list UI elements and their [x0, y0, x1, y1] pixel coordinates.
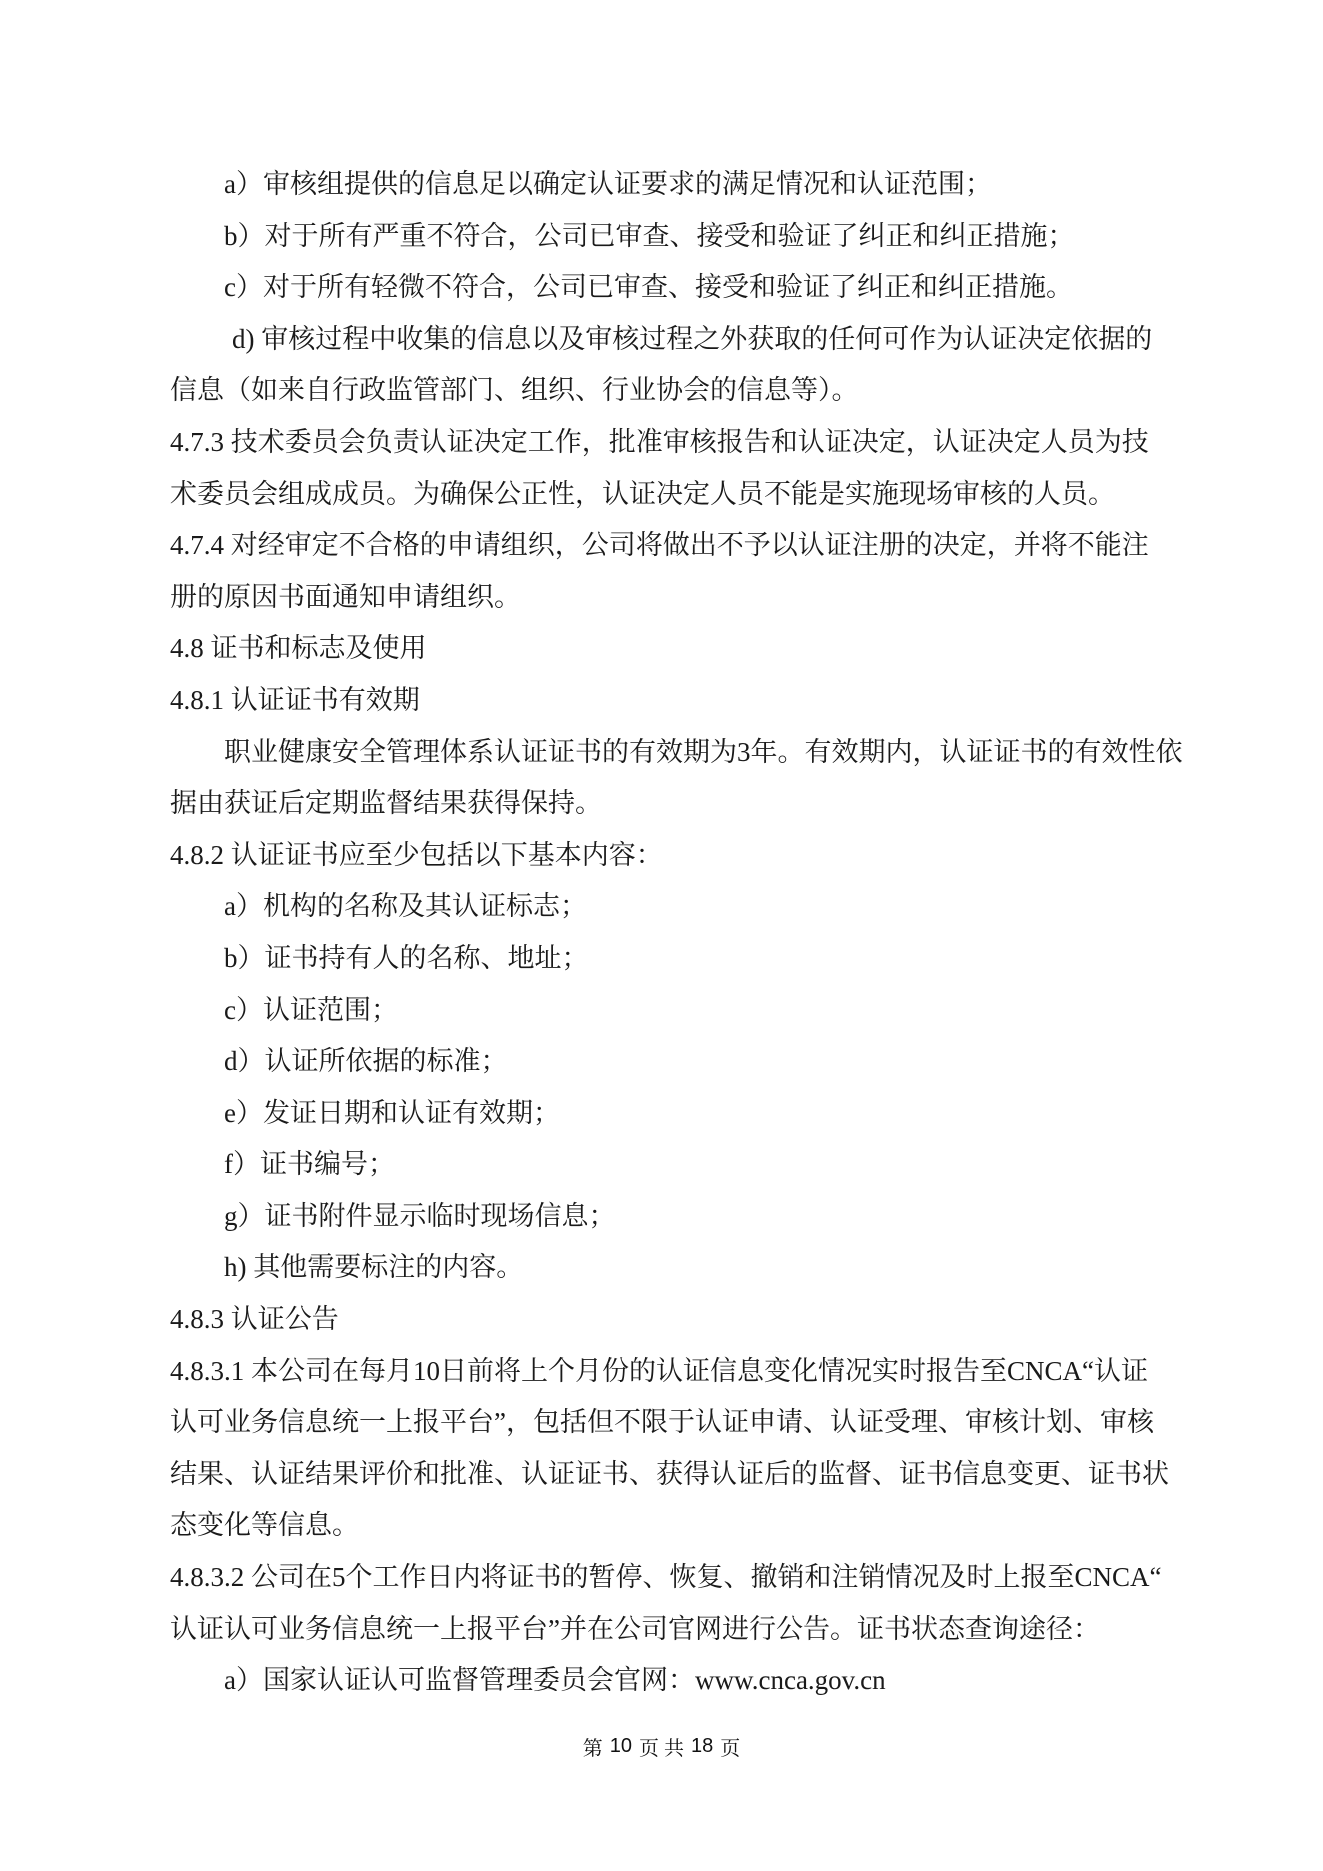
- page-footer: 第 10 页 共 18 页: [0, 1728, 1323, 1764]
- text-line: b）对于所有严重不符合，公司已审查、接受和验证了纠正和纠正措施；: [170, 211, 1151, 263]
- text-line: 册的原因书面通知申请组织。: [170, 572, 1151, 624]
- text-line: 4.7.3 技术委员会负责认证决定工作，批准审核报告和认证决定，认证决定人员为技: [170, 417, 1151, 469]
- text-line: 4.8.3.2 公司在5个工作日内将证书的暂停、恢复、撤销和注销情况及时上报至C…: [170, 1552, 1151, 1604]
- footer-page-number: 10: [610, 1735, 632, 1758]
- text-line: 4.8.3.1 本公司在每月10日前将上个月份的认证信息变化情况实时报告至CNC…: [170, 1346, 1151, 1398]
- text-line: c）认证范围；: [170, 985, 1151, 1037]
- text-line: 4.8.2 认证证书应至少包括以下基本内容：: [170, 830, 1151, 882]
- text-line: g）证书附件显示临时现场信息；: [170, 1191, 1151, 1243]
- footer-total-pages: 18: [691, 1735, 713, 1758]
- text-line: 结果、认证结果评价和批准、认证证书、获得认证后的监督、证书信息变更、证书状: [170, 1449, 1151, 1501]
- footer-prefix-label: 第: [583, 1732, 603, 1761]
- text-line: h) 其他需要标注的内容。: [170, 1242, 1151, 1294]
- text-line: d）认证所依据的标准；: [170, 1036, 1151, 1088]
- text-line: 认证认可业务信息统一上报平台”并在公司官网进行公告。证书状态查询途径：: [170, 1604, 1151, 1656]
- text-line: 4.8.1 认证证书有效期: [170, 675, 1151, 727]
- text-line: e）发证日期和认证有效期；: [170, 1088, 1151, 1140]
- document-page: a）审核组提供的信息足以确定认证要求的满足情况和认证范围；b）对于所有严重不符合…: [0, 0, 1323, 1871]
- footer-middle-label: 页 共: [639, 1732, 684, 1761]
- text-line: 术委员会组成成员。为确保公正性，认证决定人员不能是实施现场审核的人员。: [170, 469, 1151, 521]
- text-line: f）证书编号；: [170, 1139, 1151, 1191]
- footer-suffix-label: 页: [720, 1732, 740, 1761]
- text-line: 职业健康安全管理体系认证证书的有效期为3年。有效期内，认证证书的有效性依: [170, 727, 1151, 779]
- text-line: 态变化等信息。: [170, 1500, 1151, 1552]
- text-line: 4.7.4 对经审定不合格的申请组织，公司将做出不予以认证注册的决定，并将不能注: [170, 520, 1151, 572]
- text-line: c）对于所有轻微不符合，公司已审查、接受和验证了纠正和纠正措施。: [170, 262, 1151, 314]
- text-line: 4.8.3 认证公告: [170, 1294, 1151, 1346]
- text-line: 认可业务信息统一上报平台”，包括但不限于认证申请、认证受理、审核计划、审核: [170, 1397, 1151, 1449]
- text-line: a）国家认证认可监督管理委员会官网：www.cnca.gov.cn: [170, 1655, 1151, 1707]
- text-line: b）证书持有人的名称、地址；: [170, 933, 1151, 985]
- text-line: 据由获证后定期监督结果获得保持。: [170, 778, 1151, 830]
- document-body: a）审核组提供的信息足以确定认证要求的满足情况和认证范围；b）对于所有严重不符合…: [170, 159, 1151, 1707]
- text-line: 信息（如来自行政监管部门、组织、行业协会的信息等）。: [170, 365, 1151, 417]
- text-line: d) 审核过程中收集的信息以及审核过程之外获取的任何可作为认证决定依据的: [170, 314, 1151, 366]
- text-line: 4.8 证书和标志及使用: [170, 623, 1151, 675]
- text-line: a）审核组提供的信息足以确定认证要求的满足情况和认证范围；: [170, 159, 1151, 211]
- text-line: a）机构的名称及其认证标志；: [170, 881, 1151, 933]
